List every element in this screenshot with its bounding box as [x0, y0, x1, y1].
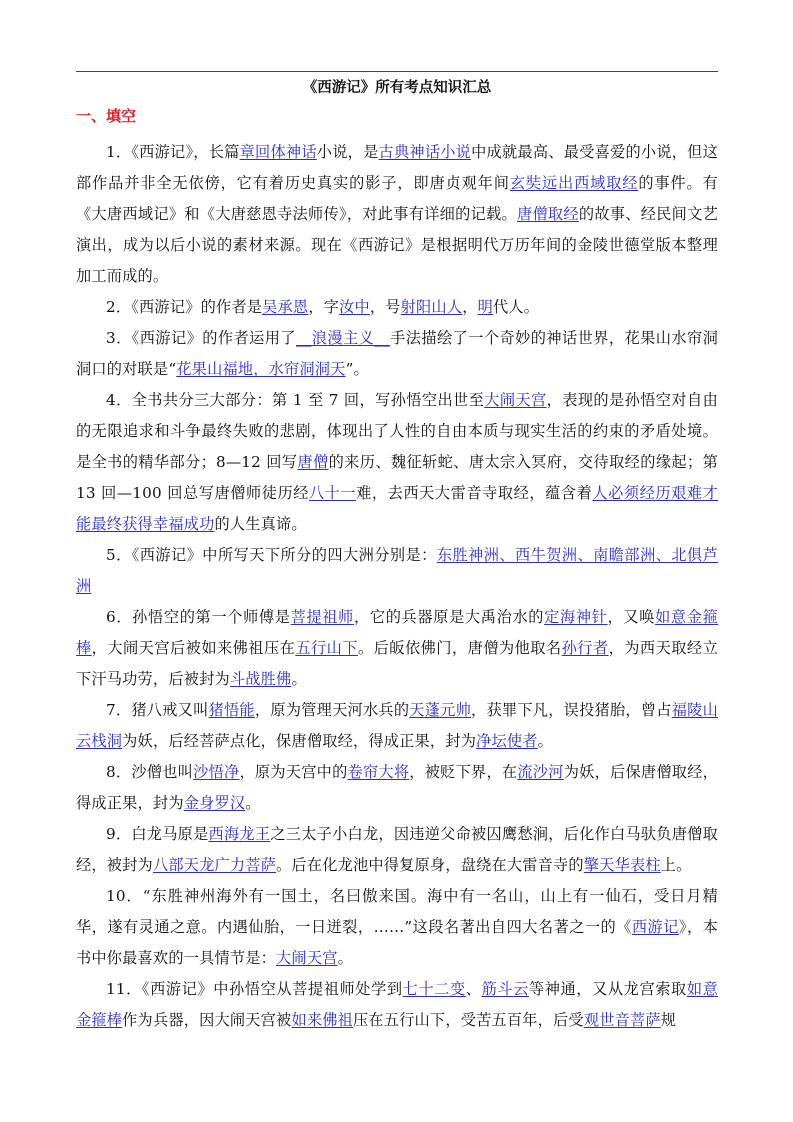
item-text: 8．沙僧也叫 — [106, 763, 193, 781]
answer-link[interactable]: 擎天华表柱 — [584, 856, 661, 874]
item-text: ，号 — [370, 298, 401, 316]
item-text: ，又唤 — [608, 608, 656, 626]
item-text: 上。 — [661, 856, 692, 874]
answer-link[interactable]: 汝中 — [339, 298, 370, 316]
item-text: ，它的兵器原是大禹治水的 — [354, 608, 544, 626]
item-text: ，获罪下凡，误投猪胎，曾占 — [471, 701, 672, 719]
fill-blank-item-6: 6．孙悟空的第一个师傅是菩提祖师，它的兵器原是大禹治水的定海神针，又唤如意金箍棒… — [76, 602, 718, 695]
answer-link[interactable]: 西海龙王 — [209, 825, 271, 843]
item-text: 。后皈依佛门，唐僧为他取名 — [358, 639, 562, 657]
answer-link[interactable]: 斗战胜佛 — [230, 670, 292, 688]
item-text: ，原为管理天河水兵的 — [255, 701, 409, 719]
answer-link[interactable]: 定海神针 — [544, 608, 607, 626]
item-text: 11．《西游记》中孙悟空从菩提祖师处学到 — [106, 980, 403, 998]
fill-blank-item-5: 5．《西游记》中所写天下所分的四大洲分别是：东胜神洲、西牛贺洲、南瞻部洲、北俱芦… — [76, 540, 718, 602]
fill-blank-item-4: 4．全书共分三大部分：第 1 至 7 回，写孙悟空出世至大闹天宫，表现的是孙悟空… — [76, 385, 718, 540]
answer-link[interactable]: 菩提祖师 — [291, 608, 354, 626]
item-text: 5．《西游记》中所写天下所分的四大洲分别是： — [106, 546, 437, 564]
item-text: ，字 — [308, 298, 339, 316]
item-text: 压在五行山下，受苦五百年，后受 — [353, 1011, 584, 1029]
answer-link[interactable]: 唐僧 — [297, 453, 328, 471]
answer-link[interactable]: 金身罗汉 — [184, 794, 246, 812]
answer-link[interactable]: 西游记 — [632, 918, 679, 936]
item-text: 10．“东胜神州海外有一国土，名曰傲来国。海中有一名山，山上有一仙石，受日月精华… — [76, 887, 718, 936]
item-text: 等神通，又从龙宫索取 — [529, 980, 687, 998]
item-text: 的人生真谛。 — [215, 515, 307, 533]
item-text: 、 — [466, 980, 482, 998]
item-text: ，大闹天宫后被如来佛祖压在 — [92, 639, 296, 657]
fill-blank-item-9: 9．白龙马原是西海龙王之三太子小白龙，因违逆父命被囚鹰愁涧，后化作白马驮负唐僧取… — [76, 819, 718, 881]
item-text: 代人。 — [493, 298, 539, 316]
section-heading: 一、填空 — [76, 105, 136, 126]
answer-link[interactable]: 沙悟净 — [193, 763, 239, 781]
header-rule — [76, 71, 718, 72]
answer-link[interactable]: 花果山福地，水帘洞洞天 — [176, 360, 345, 378]
item-text: 6．孙悟空的第一个师傅是 — [106, 608, 291, 626]
fill-blank-item-2: 2．《西游记》的作者是吴承恩，字汝中，号射阳山人，明代人。 — [76, 292, 718, 323]
fill-blank-item-3: 3．《西游记》的作者运用了__浪漫主义__手法描绘了一个奇妙的神话世界，花果山水… — [76, 323, 718, 385]
answer-link[interactable]: 八部天龙广力菩萨 — [153, 856, 276, 874]
answer-link[interactable]: 卷帘大将 — [348, 763, 410, 781]
item-text: 。 — [245, 794, 260, 812]
item-text: ， — [462, 298, 477, 316]
item-text: 3．《西游记》的作者运用了 — [106, 329, 296, 347]
item-text: 。 — [291, 670, 306, 688]
item-text: 2．《西游记》的作者是 — [106, 298, 262, 316]
item-text: 1．《西游记》，长篇 — [106, 143, 240, 161]
item-text: 规 — [661, 1011, 676, 1029]
answer-link[interactable]: 射阳山人 — [401, 298, 463, 316]
answer-link[interactable]: 吴承恩 — [262, 298, 308, 316]
item-text: 为妖，后经菩萨点化，保唐僧取经，得成正果，封为 — [122, 732, 476, 750]
document-body: 1．《西游记》，长篇章回体神话小说，是古典神话小说中成就最高、最受喜爱的小说，但… — [76, 137, 718, 1036]
fill-blank-item-10: 10．“东胜神州海外有一国土，名曰傲来国。海中有一名山，山上有一仙石，受日月精华… — [76, 881, 718, 974]
answer-link[interactable]: 七十二变 — [403, 980, 466, 998]
item-text: 难，去西天大雷音寺取经，蕴含着 — [356, 484, 592, 502]
fill-blank-item-8: 8．沙僧也叫沙悟净，原为天宫中的卷帘大将，被贬下界，在流沙河为妖，后保唐僧取经，… — [76, 757, 718, 819]
answer-link[interactable]: 明 — [478, 298, 493, 316]
fill-blank-item-7: 7．猪八戒又叫猪悟能，原为管理天河水兵的天蓬元帅，获罪下凡，误投猪胎，曾占福陵山… — [76, 695, 718, 757]
answer-link[interactable]: 八十一 — [309, 484, 356, 502]
answer-link[interactable]: 章回体神话 — [240, 143, 317, 161]
answer-link[interactable]: 猪悟能 — [209, 701, 255, 719]
item-text: 。后在化龙池中得复原身，盘绕在大雷音寺的 — [276, 856, 584, 874]
answer-link[interactable]: 大闹天宫 — [276, 949, 338, 967]
item-text: 作为兵器，因大闹天宫被 — [122, 1011, 291, 1029]
answer-link[interactable]: 五行山下 — [295, 639, 358, 657]
answer-link[interactable]: 筋斗云 — [482, 980, 529, 998]
item-text: 4．全书共分三大部分：第 1 至 7 回，写孙悟空出世至 — [106, 391, 484, 409]
answer-link[interactable]: 观世音菩萨 — [584, 1011, 661, 1029]
answer-link[interactable]: 天蓬元帅 — [409, 701, 471, 719]
item-text: 。 — [538, 732, 553, 750]
answer-link[interactable]: 净坛使者 — [476, 732, 538, 750]
answer-link[interactable]: 流沙河 — [517, 763, 563, 781]
fill-blank-item-1: 1．《西游记》，长篇章回体神话小说，是古典神话小说中成就最高、最受喜爱的小说，但… — [76, 137, 718, 292]
item-text: 小说，是 — [317, 143, 379, 161]
item-text: 9．白龙马原是 — [106, 825, 209, 843]
answer-link[interactable]: __浪漫主义__ — [296, 329, 390, 347]
item-text: ，被贬下界，在 — [409, 763, 517, 781]
item-text: ，原为天宫中的 — [239, 763, 347, 781]
item-text: 。 — [338, 949, 353, 967]
answer-link[interactable]: 古典神话小说 — [379, 143, 472, 161]
page-title: 《西游记》所有考点知识汇总 — [76, 76, 718, 97]
item-text: 7．猪八戒又叫 — [106, 701, 209, 719]
item-text: ”。 — [346, 360, 369, 378]
answer-link[interactable]: 孙行者 — [562, 639, 609, 657]
fill-blank-item-11: 11．《西游记》中孙悟空从菩提祖师处学到七十二变、筋斗云等神通，又从龙宫索取如意… — [76, 974, 718, 1036]
answer-link[interactable]: 玄奘远出西域取经 — [510, 174, 639, 192]
answer-link[interactable]: 如来佛祖 — [291, 1011, 353, 1029]
answer-link[interactable]: 大闹天宫 — [484, 391, 546, 409]
answer-link[interactable]: 唐僧取经 — [517, 205, 579, 223]
